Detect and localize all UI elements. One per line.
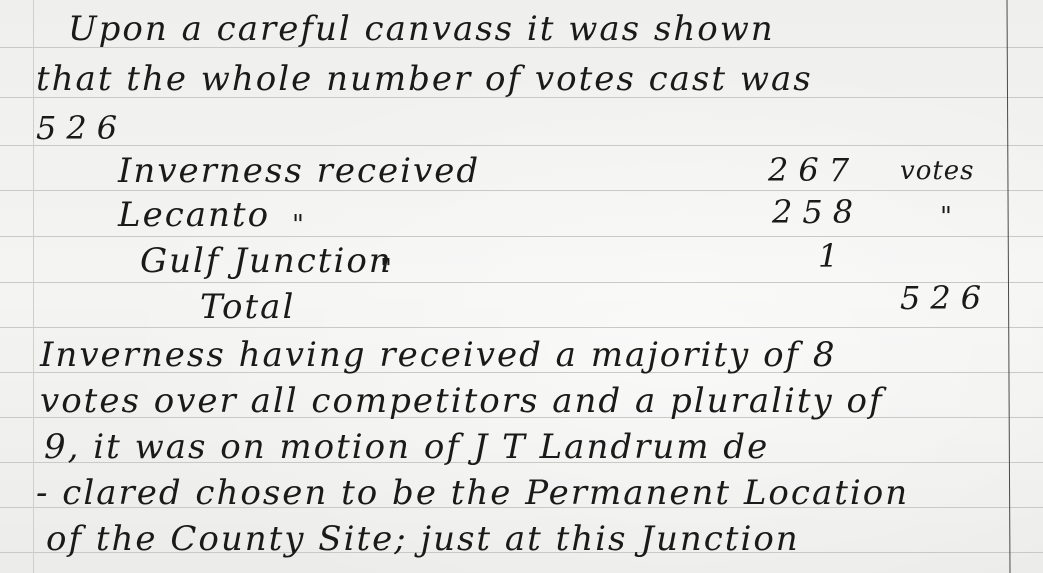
tally-votes-lecanto: 258 (772, 196, 863, 228)
text-line-declared: - clared chosen to be the Permanent Loca… (36, 476, 909, 510)
text-line-motion: 9, it was on motion of J T Landrum de (44, 430, 769, 464)
text-line-majority: Inverness having received a majority of … (40, 338, 837, 372)
ruled-line (0, 282, 1043, 283)
tally-name-lecanto: Lecanto (118, 198, 270, 232)
tally-total-value: 526 (900, 282, 991, 314)
ditto-mark: " (292, 212, 306, 238)
text-line-competitors: votes over all competitors and a plurali… (40, 384, 884, 418)
tally-unit-votes: votes (900, 158, 975, 184)
tally-name-inverness: Inverness received (118, 154, 480, 188)
ditto-mark: " (380, 256, 394, 282)
tally-votes-gulf-junction: 1 (818, 240, 848, 272)
text-line-2: that the whole number of votes cast was (36, 62, 813, 96)
text-line-1: Upon a careful canvass it was shown (68, 12, 775, 46)
text-line-county-site: of the County Site; just at this Junctio… (46, 522, 800, 556)
ditto-mark: " (940, 204, 954, 230)
tally-total-label: Total (200, 290, 295, 324)
tally-name-gulf-junction: Gulf Junction (140, 244, 393, 278)
ledger-page: Upon a careful canvass it was shown that… (0, 0, 1043, 573)
ruled-line (0, 327, 1043, 328)
left-margin-line (33, 0, 34, 573)
tally-votes-inverness: 267 (768, 154, 859, 186)
ruled-line (0, 236, 1043, 237)
total-votes-cast: 526 (36, 112, 127, 144)
ruled-line (0, 145, 1043, 146)
right-margin-line (1006, 0, 1010, 573)
